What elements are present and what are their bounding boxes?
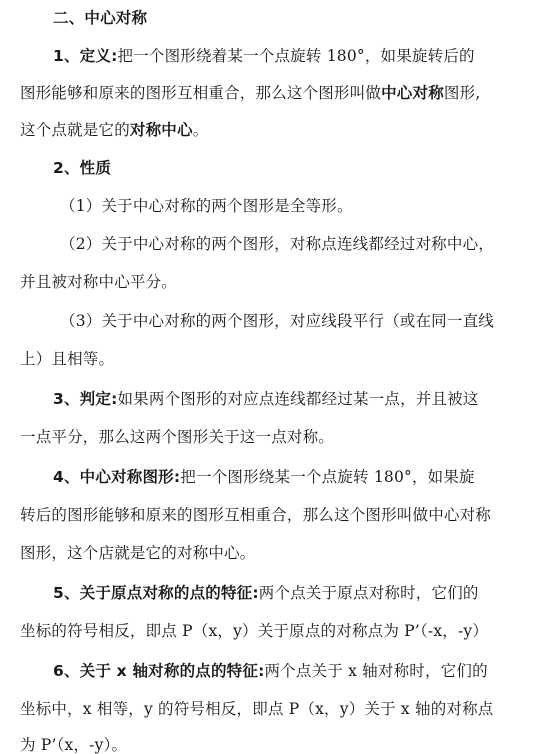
definition-text: 把一个图形绕着某一个点旋转 180°，如果旋转后的	[117, 47, 474, 65]
judgement-line-1: 3、判定:如果两个图形的对应点连线都经过某一点，并且被这	[53, 389, 536, 409]
definition-line-3: 这个点就是它的对称中心。	[20, 120, 536, 140]
central-figure-label: 4、中心对称图形:	[53, 468, 180, 486]
property-3-line-1: （3）关于中心对称的两个图形，对应线段平行（或在同一直线	[60, 311, 536, 331]
properties-heading: 2、性质	[53, 158, 536, 178]
central-figure-line-1: 4、中心对称图形:把一个图形绕某一个点旋转 180°，如果旋	[53, 467, 536, 487]
property-2-line-2: 并且被对称中心平分。	[20, 272, 536, 292]
central-figure-text: 把一个图形绕某一个点旋转 180°，如果旋	[180, 468, 474, 486]
x-axis-symmetry-line-2: 坐标中，x 相等，y 的符号相反，即点 P（x，y）关于 x 轴的对称点	[20, 699, 536, 719]
judgement-label: 3、判定:	[53, 390, 117, 408]
central-figure-line-2: 转后的图形能够和原来的图形互相重合，那么这个图形叫做中心对称	[20, 505, 536, 525]
definition-text: 这个点就是它的	[20, 121, 130, 139]
definition-line-2: 图形能够和原来的图形互相重合，那么这个图形叫做中心对称图形,	[20, 83, 536, 103]
central-figure-line-3: 图形，这个店就是它的对称中心。	[20, 543, 536, 563]
document-page: 二、中心对称 1、定义:把一个图形绕着某一个点旋转 180°，如果旋转后的 图形…	[0, 0, 550, 754]
definition-text: 图形,	[444, 84, 481, 102]
definition-text: 图形能够和原来的图形互相重合，那么这个图形叫做	[20, 84, 381, 102]
origin-symmetry-label: 5、关于原点对称的点的特征:	[53, 584, 259, 602]
x-axis-symmetry-text: 两个点关于 x 轴对称时，它们的	[264, 662, 487, 680]
origin-symmetry-line-1: 5、关于原点对称的点的特征:两个点关于原点对称时，它们的	[53, 583, 536, 603]
x-axis-symmetry-line-1: 6、关于 x 轴对称的点的特征:两个点关于 x 轴对称时，它们的	[53, 661, 536, 681]
term-symmetry-center: 对称中心	[130, 121, 193, 139]
x-axis-symmetry-label: 6、关于 x 轴对称的点的特征:	[53, 662, 264, 680]
definition-text: 。	[193, 121, 209, 139]
judgement-text: 如果两个图形的对应点连线都经过某一点，并且被这	[117, 390, 478, 408]
section-title: 二、中心对称	[53, 8, 536, 28]
x-axis-symmetry-line-3: 为 P’（x，-y）。	[20, 735, 536, 754]
definition-line-1: 1、定义:把一个图形绕着某一个点旋转 180°，如果旋转后的	[53, 46, 536, 66]
origin-symmetry-line-2: 坐标的符号相反，即点 P（x，y）关于原点的对称点为 P’（-x，-y）	[20, 621, 536, 641]
property-3-line-2: 上）且相等。	[20, 349, 536, 369]
property-1: （1）关于中心对称的两个图形是全等形。	[60, 196, 536, 216]
property-2-line-1: （2）关于中心对称的两个图形，对称点连线都经过对称中心，	[60, 234, 536, 254]
definition-label: 1、定义:	[53, 47, 117, 65]
judgement-line-2: 一点平分，那么这两个图形关于这一点对称。	[20, 427, 536, 447]
origin-symmetry-text: 两个点关于原点对称时，它们的	[259, 584, 479, 602]
term-central-symmetry: 中心对称	[381, 84, 444, 102]
